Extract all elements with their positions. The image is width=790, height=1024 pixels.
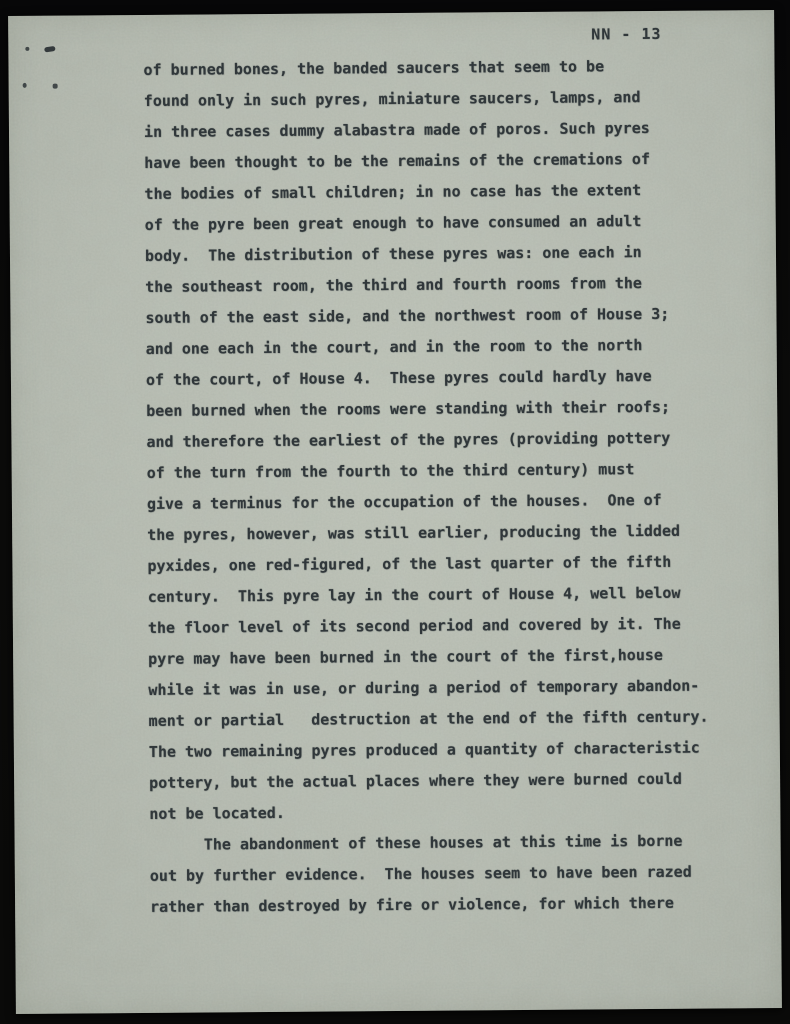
text-line: century. This pyre lay in the court of H… xyxy=(148,577,748,613)
ink-smudge xyxy=(44,46,56,53)
text-line: The abandonment of these houses at this … xyxy=(149,825,749,861)
text-line: pyre may have been burned in the court o… xyxy=(148,639,748,675)
text-line: the pyres, however, was still earlier, p… xyxy=(147,515,747,551)
document-page: NN - 13 of burned bones, the banded sauc… xyxy=(8,10,782,1014)
text-line: and one each in the court, and in the ro… xyxy=(146,329,746,365)
text-line: the southeast room, the third and fourth… xyxy=(145,267,745,303)
text-line: The two remaining pyres produced a quant… xyxy=(149,732,749,768)
text-line: the floor level of its second period and… xyxy=(148,608,748,644)
text-line: and therefore the earliest of the pyres … xyxy=(146,422,746,458)
typewritten-text: of burned bones, the banded saucers that… xyxy=(143,50,750,923)
text-line: found only in such pyres, miniature sauc… xyxy=(144,81,744,117)
text-line: of burned bones, the banded saucers that… xyxy=(143,50,743,86)
text-line: rather than destroyed by fire or violenc… xyxy=(150,887,750,923)
text-line: ment or partial destruction at the end o… xyxy=(149,701,749,737)
text-line: have been thought to be the remains of t… xyxy=(144,143,744,179)
text-line: south of the east side, and the northwes… xyxy=(145,298,745,334)
text-line: out by further evidence. The houses seem… xyxy=(150,856,750,892)
text-line: give a terminus for the occupation of th… xyxy=(147,484,747,520)
text-line: pottery, but the actual places where the… xyxy=(149,763,749,799)
text-line: of the turn from the fourth to the third… xyxy=(147,453,747,489)
text-line: of the court, of House 4. These pyres co… xyxy=(146,360,746,396)
page-number: NN - 13 xyxy=(591,25,661,44)
text-line: while it was in use, or during a period … xyxy=(148,670,748,706)
text-line: been burned when the rooms were standing… xyxy=(146,391,746,427)
text-line: in three cases dummy alabastra made of p… xyxy=(144,112,744,148)
text-line: the bodies of small children; in no case… xyxy=(144,174,744,210)
ink-mark xyxy=(23,83,27,88)
ink-mark xyxy=(25,47,29,51)
ink-mark xyxy=(53,84,58,89)
text-line: body. The distribution of these pyres wa… xyxy=(145,236,745,272)
text-line: pyxides, one red-figured, of the last qu… xyxy=(147,546,747,582)
text-line: not be located. xyxy=(149,794,749,830)
text-line: of the pyre been great enough to have co… xyxy=(145,205,745,241)
